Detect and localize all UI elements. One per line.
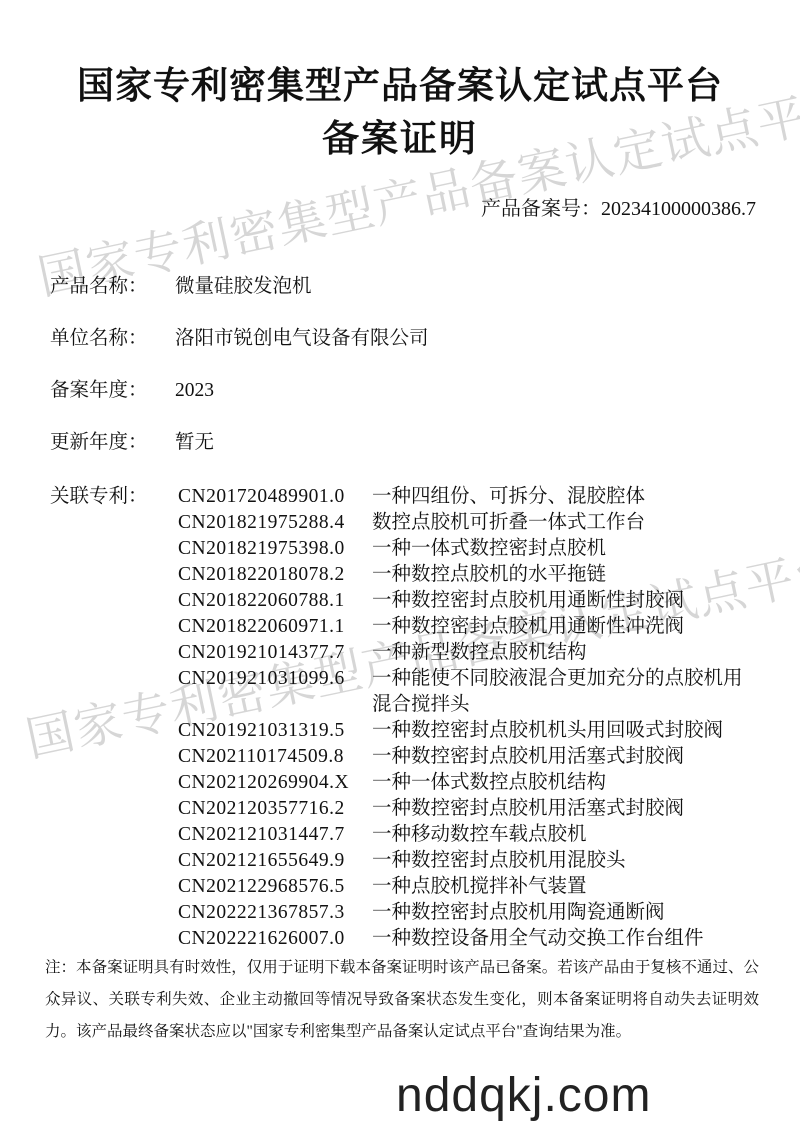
field-row: 单位名称：洛阳市锐创电气设备有限公司 — [50, 328, 429, 349]
patent-number: CN201822060971.1 — [178, 614, 372, 640]
patent-row: CN201921031099.6一种能使不同胶液混合更加充分的点胶机用混合搅拌头 — [178, 666, 760, 718]
patent-row: CN201822060971.1一种数控密封点胶机用通断性冲洗阀 — [178, 614, 760, 640]
field-value: 暂无 — [175, 432, 214, 453]
field-label: 备案年度： — [50, 380, 175, 401]
patent-title: 一种数控密封点胶机用混胶头 — [372, 848, 760, 874]
patent-number: CN201720489901.0 — [178, 484, 372, 510]
patent-number: CN201821975398.0 — [178, 536, 372, 562]
patent-title: 数控点胶机可折叠一体式工作台 — [372, 510, 760, 536]
patents-label: 关联专利： — [50, 484, 178, 952]
patent-title: 一种点胶机搅拌补气装置 — [372, 874, 760, 900]
patent-title: 一种一体式数控密封点胶机 — [372, 536, 760, 562]
patent-number: CN201921014377.7 — [178, 640, 372, 666]
patent-title: 一种数控密封点胶机用通断性封胶阀 — [372, 588, 760, 614]
field-row: 产品名称：微量硅胶发泡机 — [50, 276, 429, 297]
patent-number: CN201821975288.4 — [178, 510, 372, 536]
patent-row: CN201720489901.0一种四组份、可拆分、混胶腔体 — [178, 484, 760, 510]
patent-row: CN202120269904.X一种一体式数控点胶机结构 — [178, 770, 760, 796]
fields-section: 产品名称：微量硅胶发泡机单位名称：洛阳市锐创电气设备有限公司备案年度：2023更… — [50, 276, 429, 484]
patent-title: 一种数控密封点胶机用活塞式封胶阀 — [372, 796, 760, 822]
patent-number: CN202122968576.5 — [178, 874, 372, 900]
page-title-line2: 备案证明 — [0, 108, 800, 162]
patent-title: 一种数控点胶机的水平拖链 — [372, 562, 760, 588]
patent-number: CN202110174509.8 — [178, 744, 372, 770]
patent-row: CN201921031319.5一种数控密封点胶机机头用回吸式封胶阀 — [178, 718, 760, 744]
patent-title: 一种四组份、可拆分、混胶腔体 — [372, 484, 760, 510]
patent-row: CN201921014377.7一种新型数控点胶机结构 — [178, 640, 760, 666]
field-row: 更新年度：暂无 — [50, 432, 429, 453]
patent-row: CN202221626007.0一种数控设备用全气动交换工作台组件 — [178, 926, 760, 952]
patent-rows: CN201720489901.0一种四组份、可拆分、混胶腔体CN20182197… — [178, 484, 760, 952]
patent-row: CN202121655649.9一种数控密封点胶机用混胶头 — [178, 848, 760, 874]
patent-row: CN202121031447.7一种移动数控车载点胶机 — [178, 822, 760, 848]
patent-title: 一种能使不同胶液混合更加充分的点胶机用混合搅拌头 — [372, 666, 760, 718]
patent-title: 一种数控密封点胶机用陶瓷通断阀 — [372, 900, 760, 926]
field-label: 单位名称： — [50, 328, 175, 349]
field-label: 产品名称： — [50, 276, 175, 297]
patent-number: CN202221626007.0 — [178, 926, 372, 952]
patent-title: 一种新型数控点胶机结构 — [372, 640, 760, 666]
filing-number-value: 20234100000386.7 — [601, 198, 756, 220]
patent-row: CN201822060788.1一种数控密封点胶机用通断性封胶阀 — [178, 588, 760, 614]
patent-number: CN202121655649.9 — [178, 848, 372, 874]
field-label: 更新年度： — [50, 432, 175, 453]
patent-number: CN201822018078.2 — [178, 562, 372, 588]
field-row: 备案年度：2023 — [50, 380, 429, 401]
patent-title: 一种移动数控车载点胶机 — [372, 822, 760, 848]
field-value: 微量硅胶发泡机 — [175, 276, 312, 297]
patent-number: CN202120357716.2 — [178, 796, 372, 822]
patent-title: 一种数控密封点胶机用通断性冲洗阀 — [372, 614, 760, 640]
patent-title: 一种数控密封点胶机用活塞式封胶阀 — [372, 744, 760, 770]
patent-title: 一种数控设备用全气动交换工作台组件 — [372, 926, 760, 952]
page-title-line1: 国家专利密集型产品备案认定试点平台 — [0, 55, 800, 109]
certificate-page: 国家专利密集型产品备案认定试点平台 国家专利密集型产品备案认定试点平台 国家专利… — [0, 0, 800, 1132]
patents-section: 关联专利： CN201720489901.0一种四组份、可拆分、混胶腔体CN20… — [50, 484, 760, 952]
field-value: 洛阳市锐创电气设备有限公司 — [175, 328, 429, 349]
patent-number: CN201921031099.6 — [178, 666, 372, 692]
filing-number: 产品备案号：20234100000386.7 — [481, 192, 756, 221]
patent-row: CN202110174509.8一种数控密封点胶机用活塞式封胶阀 — [178, 744, 760, 770]
patent-number: CN202120269904.X — [178, 770, 372, 796]
patent-number: CN202221367857.3 — [178, 900, 372, 926]
site-watermark: nddqkj.com — [396, 1066, 651, 1126]
patent-row: CN201822018078.2一种数控点胶机的水平拖链 — [178, 562, 760, 588]
patent-title: 一种数控密封点胶机机头用回吸式封胶阀 — [372, 718, 760, 744]
patent-number: CN201921031319.5 — [178, 718, 372, 744]
field-value: 2023 — [175, 380, 214, 401]
filing-number-label: 产品备案号： — [481, 198, 601, 220]
patent-title: 一种一体式数控点胶机结构 — [372, 770, 760, 796]
patent-number: CN202121031447.7 — [178, 822, 372, 848]
patent-row: CN202221367857.3一种数控密封点胶机用陶瓷通断阀 — [178, 900, 760, 926]
patent-row: CN202120357716.2一种数控密封点胶机用活塞式封胶阀 — [178, 796, 760, 822]
patent-row: CN202122968576.5一种点胶机搅拌补气装置 — [178, 874, 760, 900]
patent-row: CN201821975288.4数控点胶机可折叠一体式工作台 — [178, 510, 760, 536]
patent-number: CN201822060788.1 — [178, 588, 372, 614]
note-text: 注：本备案证明具有时效性，仅用于证明下载本备案证明时该产品已备案。若该产品由于复… — [45, 952, 759, 1048]
patent-row: CN201821975398.0一种一体式数控密封点胶机 — [178, 536, 760, 562]
